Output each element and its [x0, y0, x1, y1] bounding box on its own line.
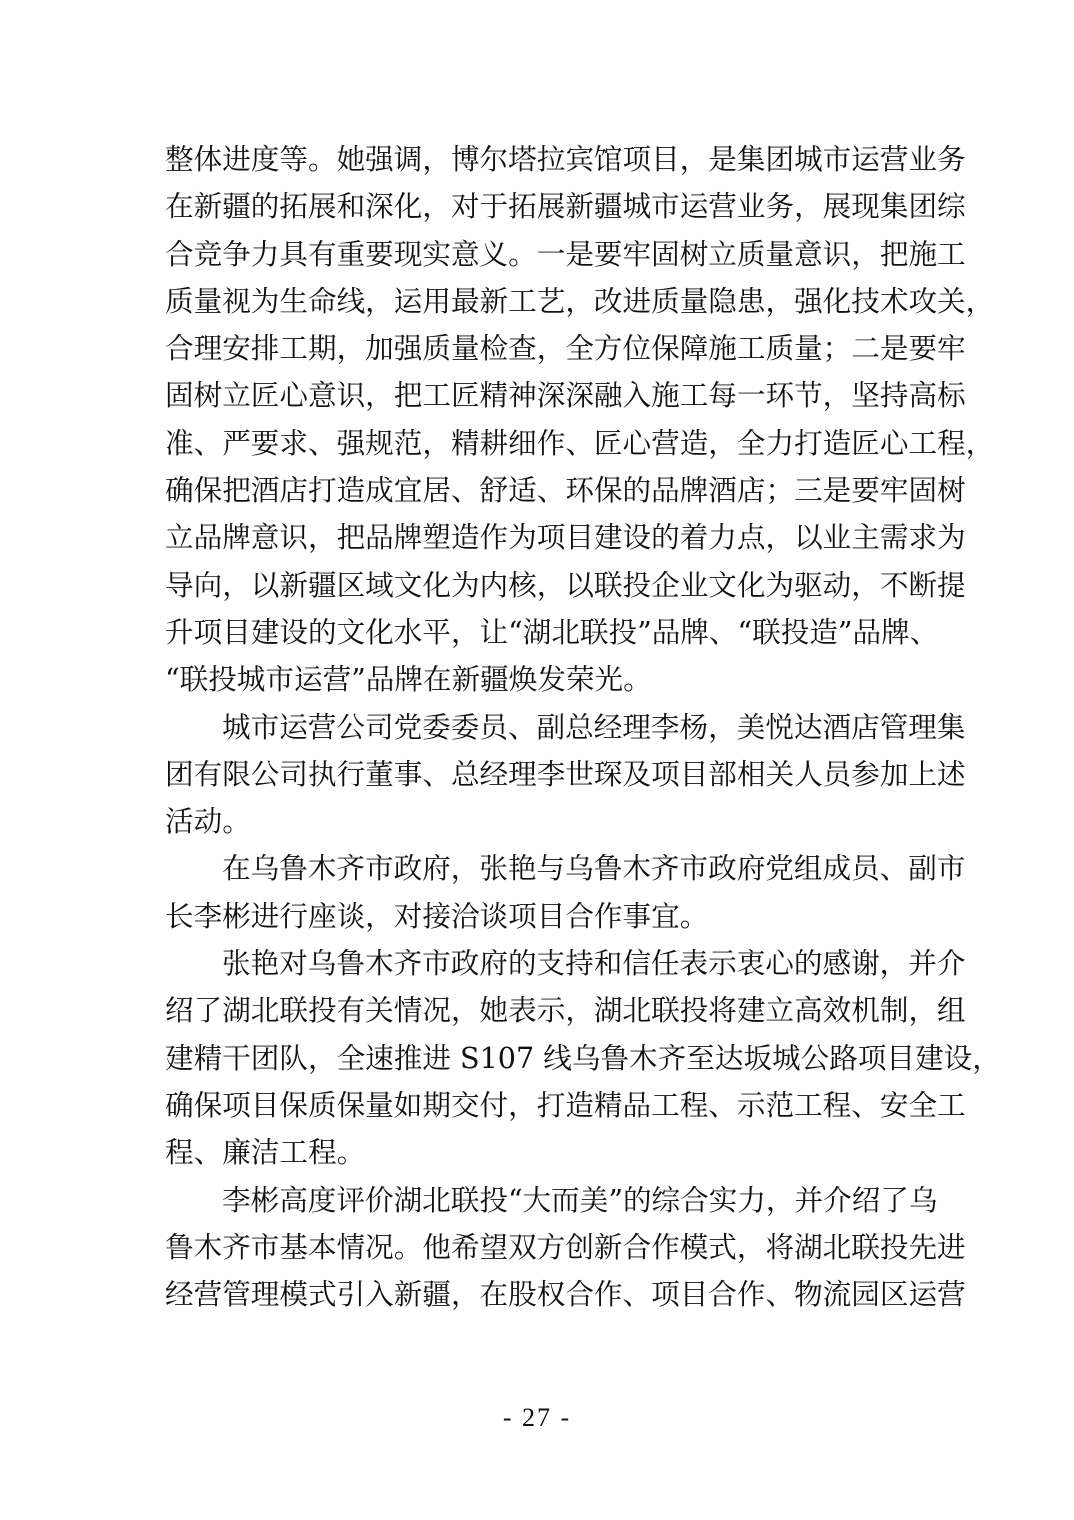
text-line: 固树立匠心意识，把工匠精神深深融入施工每一环节，坚持高标: [165, 372, 915, 419]
page-number: - 27 -: [0, 1403, 1074, 1433]
text-line: 经营管理模式引入新疆，在股权合作、项目合作、物流园区运营: [165, 1271, 915, 1318]
text-line: 导向，以新疆区域文化为内核，以联投企业文化为驱动，不断提: [165, 562, 915, 609]
text-line: 确保把酒店打造成宜居、舒适、环保的品牌酒店；三是要牢固树: [165, 467, 915, 514]
text-line: 合竞争力具有重要现实意义。一是要牢固树立质量意识，把施工: [165, 231, 915, 278]
text-line: 建精干团队，全速推进 S107 线乌鲁木齐至达坂城公路项目建设，: [165, 1035, 915, 1082]
text-line: 整体进度等。她强调，博尔塔拉宾馆项目，是集团城市运营业务: [165, 136, 915, 183]
text-line: 团有限公司执行董事、总经理李世琛及项目部相关人员参加上述: [165, 751, 915, 798]
text-line: 合理安排工期，加强质量检查，全方位保障施工质量；二是要牢: [165, 325, 915, 372]
text-line: 张艳对乌鲁木齐市政府的支持和信任表示衷心的感谢，并介: [165, 940, 915, 987]
paragraph: 在乌鲁木齐市政府，张艳与乌鲁木齐市政府党组成员、副市 长李彬进行座谈，对接洽谈项…: [165, 845, 915, 940]
paragraph: 张艳对乌鲁木齐市政府的支持和信任表示衷心的感谢，并介 绍了湖北联投有关情况，她表…: [165, 940, 915, 1176]
text-line: 升项目建设的文化水平，让“湖北联投”品牌、“联投造”品牌、: [165, 609, 915, 656]
text-line: 城市运营公司党委委员、副总经理李杨，美悦达酒店管理集: [165, 704, 915, 751]
text-line: 质量视为生命线，运用最新工艺，改进质量隐患，强化技术攻关，: [165, 278, 915, 325]
text-line: 活动。: [165, 798, 915, 845]
document-page: 整体进度等。她强调，博尔塔拉宾馆项目，是集团城市运营业务 在新疆的拓展和深化，对…: [0, 0, 1074, 1520]
paragraph: 城市运营公司党委委员、副总经理李杨，美悦达酒店管理集 团有限公司执行董事、总经理…: [165, 704, 915, 846]
text-line: 鲁木齐市基本情况。他希望双方创新合作模式，将湖北联投先进: [165, 1224, 915, 1271]
text-line: 立品牌意识，把品牌塑造作为项目建设的着力点，以业主需求为: [165, 514, 915, 561]
text-line: 在新疆的拓展和深化，对于拓展新疆城市运营业务，展现集团综: [165, 183, 915, 230]
text-line: 程、廉洁工程。: [165, 1129, 915, 1176]
text-line: “联投城市运营”品牌在新疆焕发荣光。: [165, 656, 915, 703]
paragraph: 整体进度等。她强调，博尔塔拉宾馆项目，是集团城市运营业务 在新疆的拓展和深化，对…: [165, 136, 915, 704]
text-line: 绍了湖北联投有关情况，她表示，湖北联投将建立高效机制，组: [165, 987, 915, 1034]
text-line: 准、严要求、强规范，精耕细作、匠心营造，全力打造匠心工程，: [165, 420, 915, 467]
text-line: 李彬高度评价湖北联投“大而美”的综合实力，并介绍了乌: [165, 1177, 915, 1224]
body-text: 整体进度等。她强调，博尔塔拉宾馆项目，是集团城市运营业务 在新疆的拓展和深化，对…: [165, 136, 915, 1318]
text-line: 在乌鲁木齐市政府，张艳与乌鲁木齐市政府党组成员、副市: [165, 845, 915, 892]
text-line: 长李彬进行座谈，对接洽谈项目合作事宜。: [165, 893, 915, 940]
text-line: 确保项目保质保量如期交付，打造精品工程、示范工程、安全工: [165, 1082, 915, 1129]
paragraph: 李彬高度评价湖北联投“大而美”的综合实力，并介绍了乌 鲁木齐市基本情况。他希望双…: [165, 1177, 915, 1319]
